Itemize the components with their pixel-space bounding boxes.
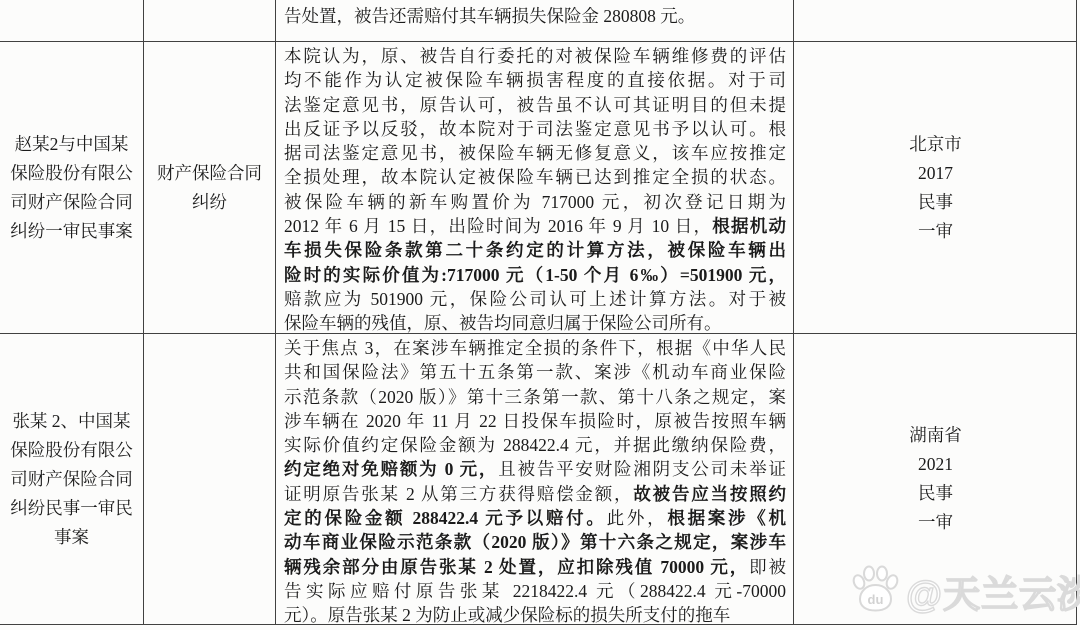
opinion-line: 法鉴定意见书，原告认可，被告虽不认可其证明目的但未提 xyxy=(284,93,786,117)
case-type-cell: 财产保险合同纠纷 xyxy=(144,42,275,333)
opinion-line: 本院认为，原、被告自行委托的对被保险车辆维修费的评估 xyxy=(284,44,786,68)
trial-info-cell xyxy=(794,0,1077,41)
case-type-cell xyxy=(144,0,275,41)
opinion-line: 告实际应赔付原告张某 2218422.4 元（288422.4 元-70000 xyxy=(284,579,786,603)
opinion-line: 实际价值约定保险金额为 288422.4 元，并据此缴纳保险费， xyxy=(284,433,786,457)
opinion-line: 均不能作为认定被保险车辆损害程度的直接依据。对于司 xyxy=(284,68,786,92)
court-opinion-cell: 告处置，被告还需赔付其车辆损失保险金 280808 元。 xyxy=(276,0,793,41)
opinion-line: 涉车辆在 2020 年 11 月 22 日投保车损险时，原被告按照车辆 xyxy=(284,409,786,433)
trial-info-line: 一审 xyxy=(909,508,962,537)
opinion-line: 保险车辆的残值，原、被告均同意归属于保险公司所有。 xyxy=(284,311,786,335)
case-name-cell: 赵某2与中国某保险股份有限公司财产保险合同纠纷一审民事案 xyxy=(0,42,143,333)
trial-info-line: 民事 xyxy=(909,188,962,217)
trial-info-line: 一审 xyxy=(909,217,962,246)
opinion-line: 2012 年 6 月 15 日，出险时间为 2016 年 9 月 10 日，根据… xyxy=(284,214,786,238)
opinion-line: 共和国保险法》第五十五条第一款、案涉《机动车商业保险 xyxy=(284,360,786,384)
case-name-cell: 张某 2、中国某保险股份有限公司财产保险合同纠纷民事一审民事案 xyxy=(0,334,143,624)
opinion-line: 辆残余部分由原告张某 2 处置，应扣除残值 70000 元，即被 xyxy=(284,555,786,579)
trial-info-line: 湖南省 xyxy=(909,421,962,450)
opinion-line: 元）。原告张某 2 为防止或减少保险标的损失所支付的拖车 xyxy=(284,603,786,627)
opinion-line: 出反证予以反驳，故本院对于司法鉴定意见书予以认可。根 xyxy=(284,117,786,141)
opinion-line: 赔款应为 501900 元，保险公司认可上述计算方法。对于被 xyxy=(284,287,786,311)
trial-info-line: 民事 xyxy=(909,479,962,508)
case-table-page: 告处置，被告还需赔付其车辆损失保险金 280808 元。 赵某2与中国某保险股份… xyxy=(0,0,1080,630)
opinion-line: 定的保险金额 288422.4 元予以赔付。此外，根据案涉《机 xyxy=(284,506,786,530)
opinion-line: 动车商业保险示范条款（2020 版）》第十六条之规定，案涉车 xyxy=(284,530,786,554)
case-name-cell xyxy=(0,0,143,41)
opinion-line: 约定绝对免赔额为 0 元，且被告平安财险湘阴支公司未举证 xyxy=(284,457,786,481)
court-opinion-cell: 本院认为，原、被告自行委托的对被保险车辆维修费的评估均不能作为认定被保险车辆损害… xyxy=(276,42,793,333)
trial-info-cell: 湖南省2021民事一审 xyxy=(794,334,1077,624)
trial-info-line: 2021 xyxy=(909,450,962,479)
opinion-line: 示范条款（2020 版）》第十三条第一款、第十八条之规定，案 xyxy=(284,385,786,409)
court-opinion-cell: 关于焦点 3，在案涉车辆推定全损的条件下，根据《中华人民共和国保险法》第五十五条… xyxy=(276,334,793,624)
opinion-line: 车损失保险条款第二十条约定的计算方法，被保险车辆出 xyxy=(284,238,786,262)
opinion-line: 全损处理，故本院认定被保险车辆已达到推定全损的状态。 xyxy=(284,165,786,189)
trial-info-line: 2017 xyxy=(909,159,962,188)
opinion-line: 告处置，被告还需赔付其车辆损失保险金 280808 元。 xyxy=(284,4,786,28)
opinion-line: 被保险车辆的新车购置价为 717000 元，初次登记日期为 xyxy=(284,190,786,214)
opinion-line: 证明原告张某 2 从第三方获得赔偿金额，故被告应当按照约 xyxy=(284,482,786,506)
case-type-cell xyxy=(144,334,275,624)
trial-info-cell: 北京市2017民事一审 xyxy=(794,42,1077,333)
opinion-line: 据司法鉴定意见书，被保险车辆无修复意义，该车应按推定 xyxy=(284,141,786,165)
trial-info-line: 北京市 xyxy=(909,130,962,159)
opinion-line: 险时的实际价值为:717000 元（1-50 个月 6‰）=501900 元， xyxy=(284,263,786,287)
opinion-line: 关于焦点 3，在案涉车辆推定全损的条件下，根据《中华人民 xyxy=(284,336,786,360)
